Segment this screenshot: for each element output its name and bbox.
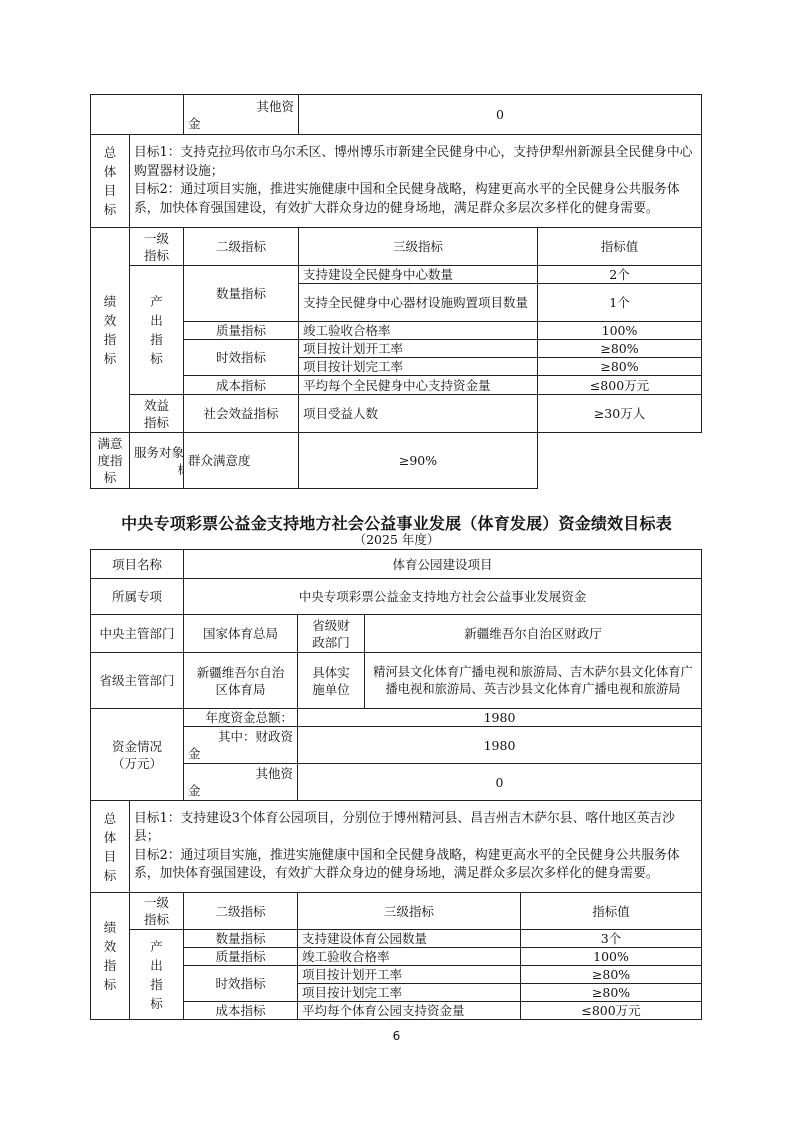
performance-label: 绩效指标 — [91, 893, 130, 1020]
funds-total-row: 资金情况（万元） 年度资金总额： 1980 — [91, 709, 702, 727]
funds-label: 资金情况（万元） — [91, 709, 184, 801]
performance-label: 绩效指标 — [91, 228, 130, 433]
timeliness-label: 时效指标 — [184, 340, 299, 376]
other-funds-label: 其他资 金 — [184, 95, 299, 135]
indicator-value: ≥30万人 — [538, 395, 702, 433]
indicator-value: ≤800万元 — [521, 1002, 702, 1020]
header-level3: 三级指标 — [299, 228, 538, 266]
indicator-name: 群众满意度 — [184, 433, 299, 489]
quality-label: 质量指标 — [184, 322, 299, 340]
output-indicator-label: 产出指标 — [130, 266, 184, 395]
cost-label: 成本指标 — [184, 376, 299, 395]
indicator-value: ≥80% — [521, 966, 702, 984]
indicator-value: ≤800万元 — [538, 376, 702, 395]
quantity-label: 数量指标 — [184, 930, 298, 948]
indicator-name: 平均每个体育公园支持资金量 — [298, 1002, 521, 1020]
overall-goal-text: 目标1：支持克拉玛依市乌尔禾区、博州博乐市新建全民健身中心，支持伊犁州新源县全民… — [130, 135, 702, 228]
performance-table-2: 项目名称 体育公园建设项目 所属专项 中央专项彩票公益金支持地方社会公益事业发展… — [90, 549, 702, 1020]
indicator-value: ≥80% — [538, 340, 702, 358]
special-item-label: 所属专项 — [91, 579, 184, 615]
implementer-label: 具体实施单位 — [298, 653, 365, 709]
overall-goal-row: 总体目标 目标1：支持建设3个体育公园项目，分别位于博州精河县、昌吉州吉木萨尔县… — [91, 801, 702, 893]
overall-goal-text: 目标1：支持建设3个体育公园项目，分别位于博州精河县、昌吉州吉木萨尔县、喀什地区… — [130, 801, 702, 893]
header-level1: 一级指标 — [130, 893, 184, 930]
output-indicator-label: 产出指标 — [130, 930, 184, 1020]
funds-total-value: 1980 — [298, 709, 702, 727]
indicator-value: 100% — [538, 322, 702, 340]
header-level1: 一级指标 — [130, 228, 184, 266]
indicator-name: 项目按计划开工率 — [298, 966, 521, 984]
overall-goal-label: 总体目标 — [91, 135, 130, 228]
timeliness-label: 时效指标 — [184, 966, 298, 1002]
quality-label: 质量指标 — [184, 948, 298, 966]
project-name-row: 项目名称 体育公园建设项目 — [91, 550, 702, 579]
benefit-level1-label: 效益指标 — [130, 395, 184, 433]
funds-total-label: 年度资金总额： — [184, 709, 298, 727]
indicator-name: 项目按计划完工率 — [298, 984, 521, 1002]
special-item-value: 中央专项彩票公益金支持地方社会公益事业发展资金 — [184, 579, 702, 615]
benefit-label: 社会效益指标 — [184, 395, 299, 433]
table-row: 产出指标 数量指标 支持建设全民健身中心数量 2个 — [91, 266, 702, 284]
goal-2: 目标2：通过项目实施，推进实施健康中国和全民健身战略，构建更高水平的全民健身公共… — [134, 847, 697, 884]
header-level2: 二级指标 — [184, 228, 299, 266]
central-dept-value: 国家体育总局 — [184, 615, 298, 653]
goal-2: 目标2：通过项目实施，推进实施健康中国和全民健身战略，构建更高水平的全民健身公共… — [134, 181, 697, 218]
benefit-row: 效益指标 社会效益指标 项目受益人数 ≥30万人 — [91, 395, 702, 433]
overall-goal-label: 总体目标 — [91, 801, 130, 893]
table-row: 产出指标 数量指标 支持建设体育公园数量 3个 — [91, 930, 702, 948]
funds-other-value: 0 — [298, 764, 702, 801]
indicator-name: 项目受益人数 — [299, 395, 538, 433]
indicator-name: 平均每个全民健身中心支持资金量 — [299, 376, 538, 395]
indicator-header-row: 绩效指标 一级指标 二级指标 三级指标 指标值 — [91, 893, 702, 930]
indicator-value: ≥90% — [299, 433, 538, 489]
project-name-label: 项目名称 — [91, 550, 184, 579]
indicator-value: 2个 — [538, 266, 702, 284]
provincial-finance-value: 新疆维吾尔自治区财政厅 — [365, 615, 702, 653]
indicator-name: 竣工验收合格率 — [298, 948, 521, 966]
quantity-label: 数量指标 — [184, 266, 299, 322]
central-dept-label: 中央主管部门 — [91, 615, 184, 653]
project-name-value: 体育公园建设项目 — [184, 550, 702, 579]
indicator-header-row: 绩效指标 一级指标 二级指标 三级指标 指标值 — [91, 228, 702, 266]
implementer-value: 精河县文化体育广播电视和旅游局、吉木萨尔县文化体育广播电视和旅游局、英吉沙县文化… — [365, 653, 702, 709]
satisfaction-row: 满意度指标 服务对象满意度指标 群众满意度 ≥90% — [91, 433, 702, 489]
indicator-name: 竣工验收合格率 — [299, 322, 538, 340]
indicator-value: 1个 — [538, 284, 702, 322]
indicator-name: 项目按计划完工率 — [299, 358, 538, 376]
other-funds-row: 其他资 金 0 — [91, 95, 702, 135]
funds-fiscal-label: 其中：财政资 金 — [184, 727, 298, 764]
other-funds-value: 0 — [299, 95, 702, 135]
indicator-name: 项目按计划开工率 — [299, 340, 538, 358]
provincial-dept-value: 新疆维吾尔自治区体育局 — [184, 653, 298, 709]
satisfaction-label: 服务对象满意度指标 — [130, 433, 184, 489]
provincial-dept-label: 省级主管部门 — [91, 653, 184, 709]
funds-other-label: 其他资 金 — [184, 764, 298, 801]
goal-1: 目标1：支持克拉玛依市乌尔禾区、博州博乐市新建全民健身中心，支持伊犁州新源县全民… — [134, 144, 697, 181]
header-value: 指标值 — [538, 228, 702, 266]
indicator-value: ≥80% — [521, 984, 702, 1002]
overall-goal-row: 总体目标 目标1：支持克拉玛依市乌尔禾区、博州博乐市新建全民健身中心，支持伊犁州… — [91, 135, 702, 228]
performance-table-1: 其他资 金 0 总体目标 目标1：支持克拉玛依市乌尔禾区、博州博乐市新建全民健身… — [90, 94, 702, 489]
document-subtitle: （2025 年度） — [0, 530, 793, 548]
funds-fiscal-value: 1980 — [298, 727, 702, 764]
page-number: 6 — [0, 1029, 793, 1043]
indicator-name: 支持建设全民健身中心数量 — [299, 266, 538, 284]
provincial-finance-label: 省级财政部门 — [298, 615, 365, 653]
central-dept-row: 中央主管部门 国家体育总局 省级财政部门 新疆维吾尔自治区财政厅 — [91, 615, 702, 653]
satisfaction-level1-label: 满意度指标 — [91, 433, 130, 489]
indicator-name: 支持全民健身中心器材设施购置项目数量 — [299, 284, 538, 322]
header-value: 指标值 — [521, 893, 702, 930]
header-level3: 三级指标 — [298, 893, 521, 930]
provincial-dept-row: 省级主管部门 新疆维吾尔自治区体育局 具体实施单位 精河县文化体育广播电视和旅游… — [91, 653, 702, 709]
empty-cell — [91, 95, 184, 135]
goal-1: 目标1：支持建设3个体育公园项目，分别位于博州精河县、昌吉州吉木萨尔县、喀什地区… — [134, 810, 697, 847]
indicator-value: 100% — [521, 948, 702, 966]
special-item-row: 所属专项 中央专项彩票公益金支持地方社会公益事业发展资金 — [91, 579, 702, 615]
indicator-name: 支持建设体育公园数量 — [298, 930, 521, 948]
cost-label: 成本指标 — [184, 1002, 298, 1020]
indicator-value: 3个 — [521, 930, 702, 948]
indicator-value: ≥80% — [538, 358, 702, 376]
header-level2: 二级指标 — [184, 893, 298, 930]
